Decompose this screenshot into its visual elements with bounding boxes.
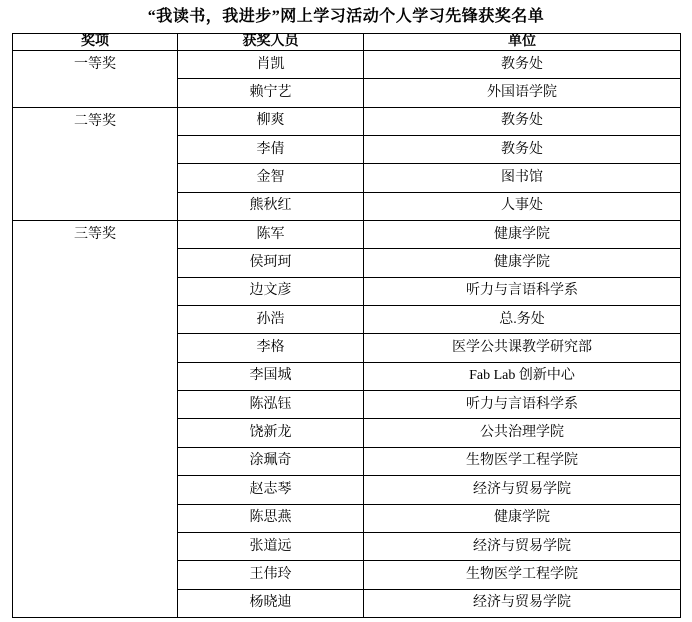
winner-name-cell: 饶新龙: [178, 419, 364, 447]
winner-unit-cell: 总.务处: [364, 306, 681, 334]
winner-name-cell: 涂珮奇: [178, 447, 364, 475]
winner-unit-cell: 健康学院: [364, 504, 681, 532]
table-header-row: 奖项 获奖人员 单位: [13, 34, 681, 51]
winner-unit-cell: 生物医学工程学院: [364, 561, 681, 589]
winner-unit-cell: 经济与贸易学院: [364, 476, 681, 504]
winner-unit-cell: 教务处: [364, 136, 681, 164]
award-cell-first-prize: 一等奖: [13, 51, 178, 108]
winner-name-cell: 张道远: [178, 532, 364, 560]
winner-name-cell: 肖凯: [178, 51, 364, 79]
winner-name-cell: 柳爽: [178, 107, 364, 135]
winner-unit-cell: 经济与贸易学院: [364, 532, 681, 560]
winner-unit-cell: 听力与言语科学系: [364, 391, 681, 419]
winner-name-cell: 边文彦: [178, 277, 364, 305]
winner-unit-cell: 图书馆: [364, 164, 681, 192]
winner-name-cell: 赖宁艺: [178, 79, 364, 107]
winner-unit-cell: 人事处: [364, 192, 681, 220]
winner-unit-cell: 教务处: [364, 107, 681, 135]
winner-unit-cell: 经济与贸易学院: [364, 589, 681, 617]
document-title: “我读书，我进步”网上学习活动个人学习先锋获奖名单: [0, 0, 692, 26]
winner-name-cell: 陈思燕: [178, 504, 364, 532]
winner-name-cell: 孙浩: [178, 306, 364, 334]
header-name: 获奖人员: [178, 34, 364, 51]
document-page: “我读书，我进步”网上学习活动个人学习先锋获奖名单 奖项 获奖人员 单位 一等奖…: [0, 0, 692, 622]
winner-name-cell: 陈军: [178, 221, 364, 249]
winner-unit-cell: 公共治理学院: [364, 419, 681, 447]
winner-unit-cell: 生物医学工程学院: [364, 447, 681, 475]
award-label: 一等奖: [13, 51, 177, 79]
award-cell-third-prize: 三等奖: [13, 221, 178, 618]
winner-unit-cell: 听力与言语科学系: [364, 277, 681, 305]
winner-name-cell: 金智: [178, 164, 364, 192]
winner-name-cell: 陈泓钰: [178, 391, 364, 419]
winner-name-cell: 王伟玲: [178, 561, 364, 589]
winner-name-cell: 李倩: [178, 136, 364, 164]
winner-unit-cell: 健康学院: [364, 221, 681, 249]
winner-unit-cell: 外国语学院: [364, 79, 681, 107]
award-label: 二等奖: [13, 108, 177, 136]
award-cell-second-prize: 二等奖: [13, 107, 178, 220]
header-award: 奖项: [13, 34, 178, 51]
winner-unit-cell: Fab Lab 创新中心: [364, 362, 681, 390]
winner-unit-cell: 教务处: [364, 51, 681, 79]
winner-name-cell: 熊秋红: [178, 192, 364, 220]
table-row: 三等奖 陈军 健康学院: [13, 221, 681, 249]
award-label: 三等奖: [13, 221, 177, 249]
winner-name-cell: 李格: [178, 334, 364, 362]
winner-name-cell: 杨晓迪: [178, 589, 364, 617]
winner-unit-cell: 健康学院: [364, 249, 681, 277]
awards-table: 奖项 获奖人员 单位 一等奖 肖凯 教务处 赖宁艺 外国语学院 二等奖: [12, 33, 681, 618]
winner-name-cell: 侯珂珂: [178, 249, 364, 277]
winner-unit-cell: 医学公共课教学研究部: [364, 334, 681, 362]
winner-name-cell: 赵志琴: [178, 476, 364, 504]
header-unit: 单位: [364, 34, 681, 51]
winner-name-cell: 李国城: [178, 362, 364, 390]
table-row: 一等奖 肖凯 教务处: [13, 51, 681, 79]
table-row: 二等奖 柳爽 教务处: [13, 107, 681, 135]
